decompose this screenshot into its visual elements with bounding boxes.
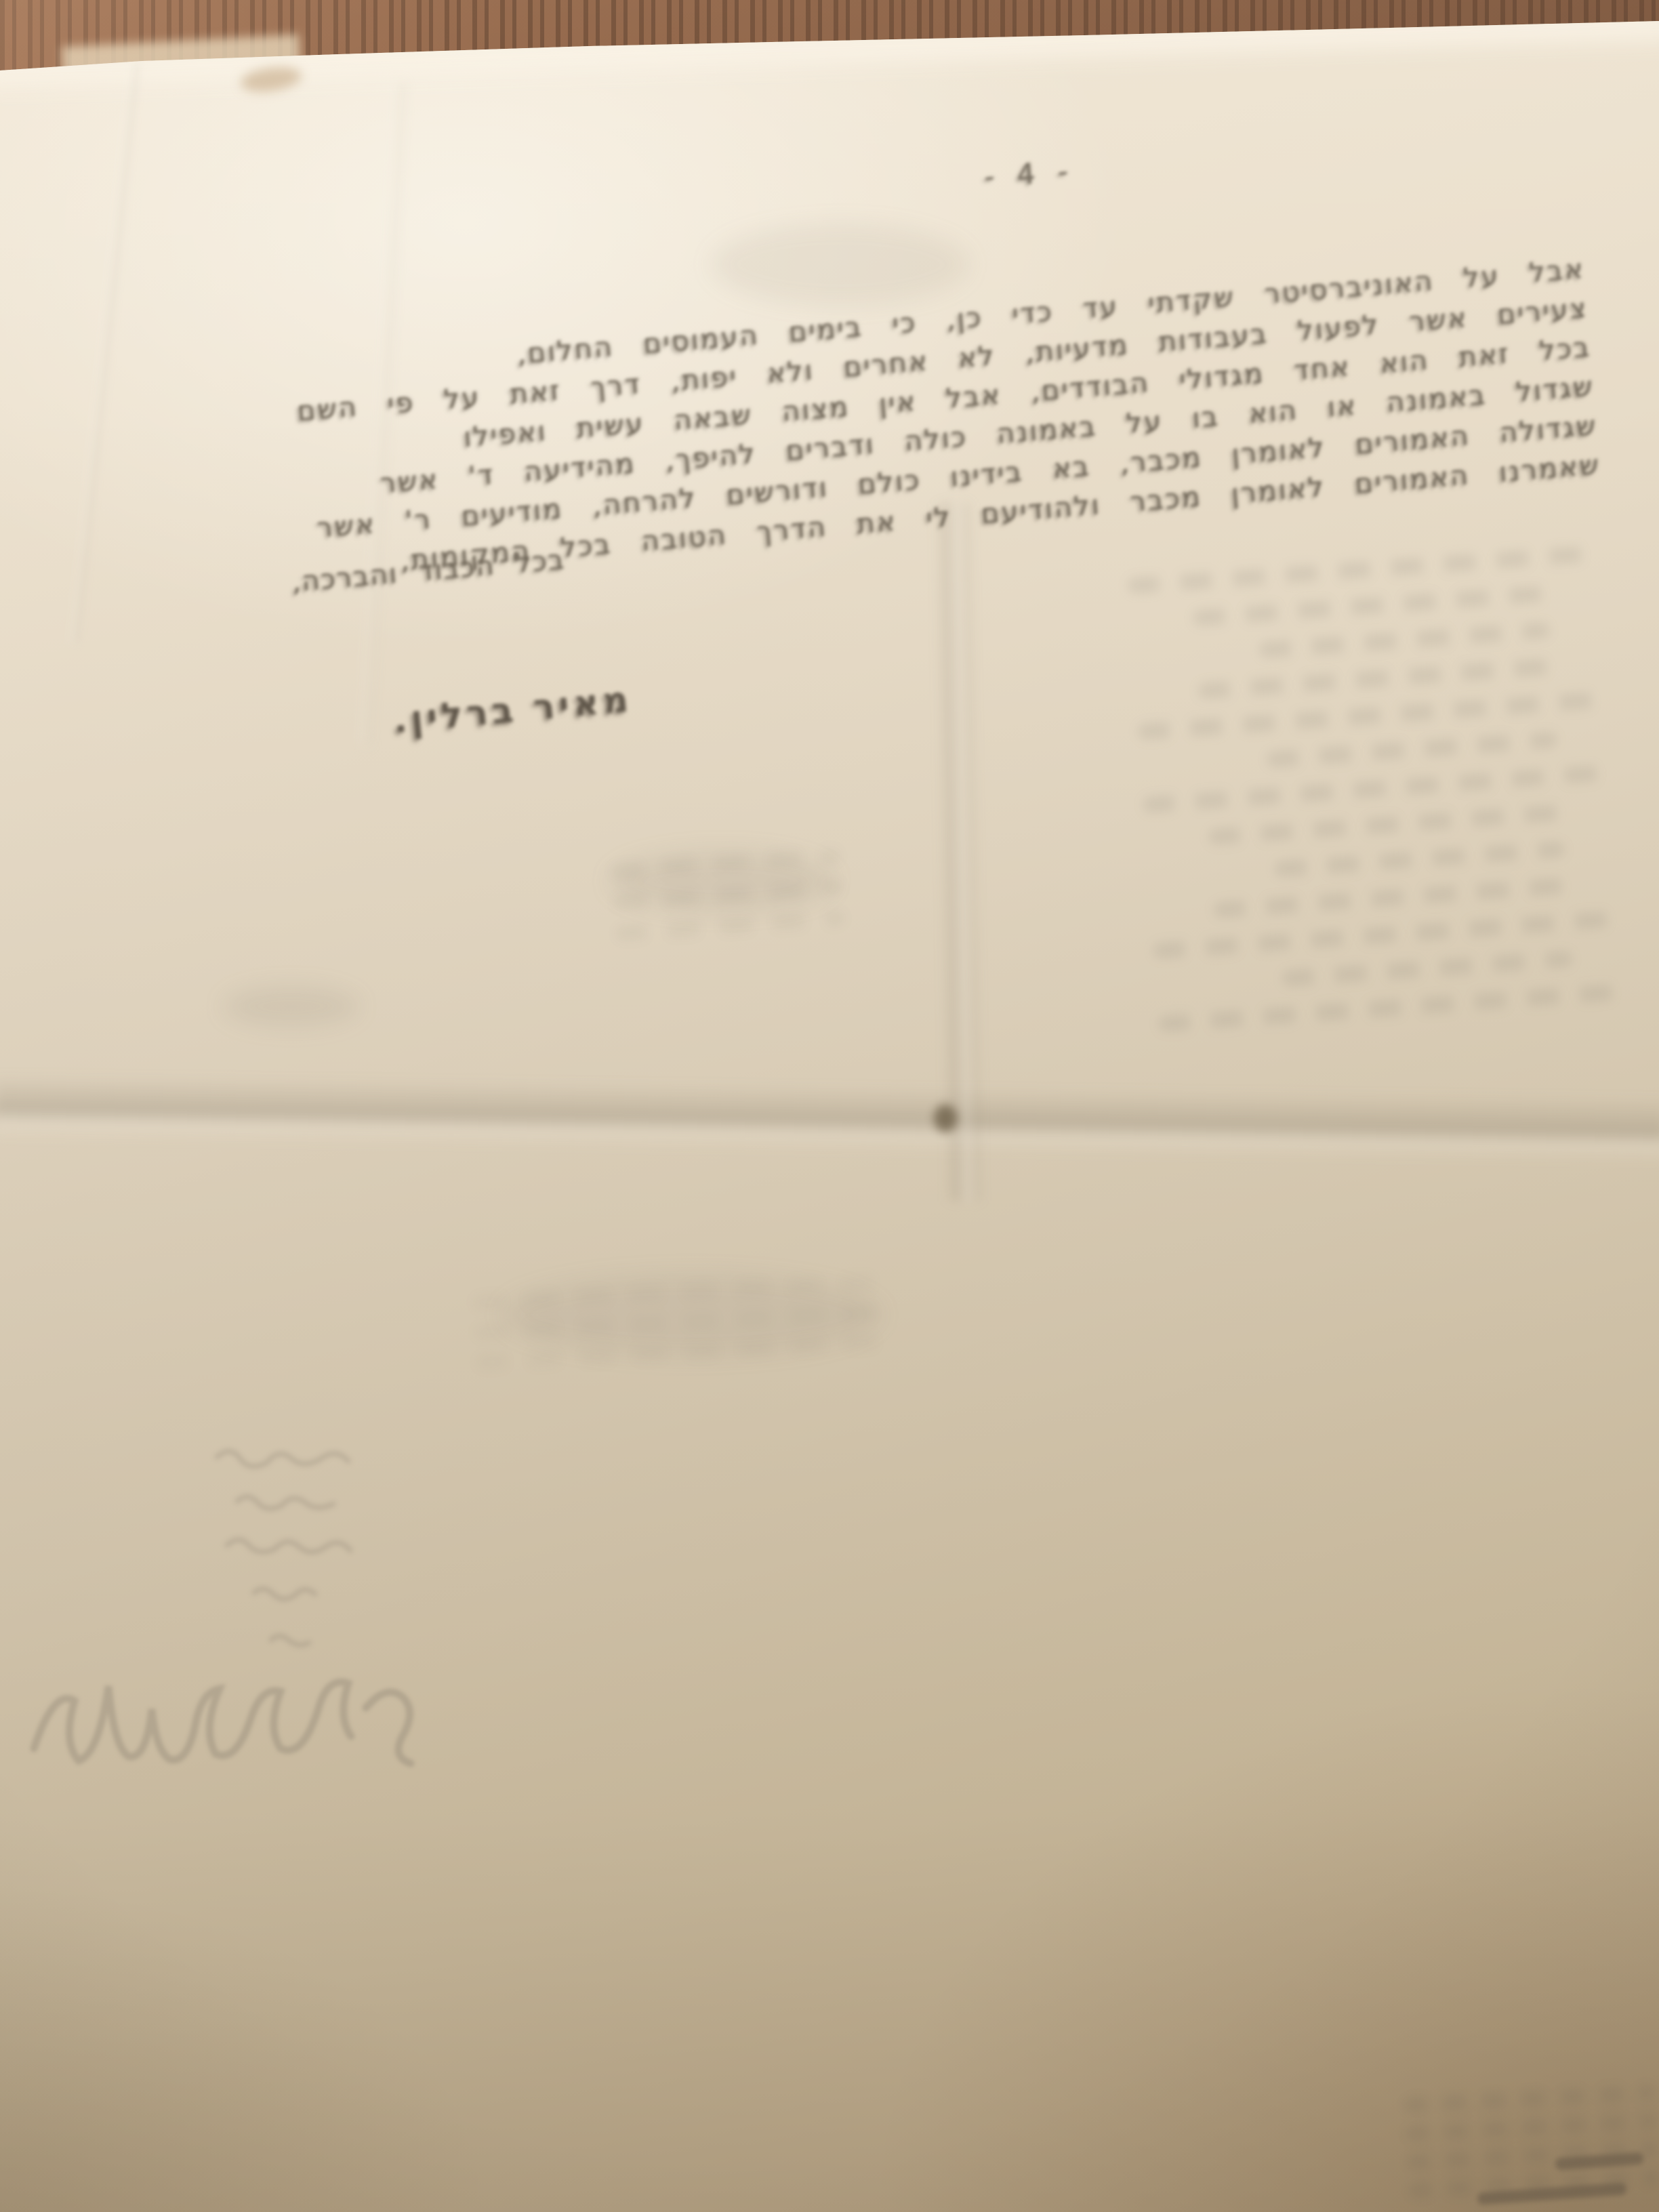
- bleedthrough-text-cluster: [611, 847, 847, 956]
- cursive-scribble: [14, 1647, 488, 1823]
- bleedthrough-row: [1258, 622, 1550, 659]
- paper-smudge: [224, 986, 359, 1027]
- bleedthrough-row: [1274, 841, 1565, 878]
- letter-page: - 4 - אבל על האוניברסיטר שקדתי עד כדי כן…: [0, 0, 1659, 2212]
- bleedthrough-row: [613, 878, 844, 911]
- bleedthrough-text-column: [1095, 544, 1656, 1055]
- bleedthrough-row: [474, 1303, 880, 1340]
- bleedthrough-row: [1198, 657, 1568, 699]
- bleedthrough-row: [1404, 2084, 1655, 2113]
- page-number: - 4 -: [983, 154, 1076, 193]
- bleedthrough-row: [615, 909, 846, 942]
- bleedthrough-row: [1267, 731, 1558, 768]
- pencil-squiggles: [190, 1437, 501, 1681]
- fold-intersection-spot: [934, 1105, 957, 1132]
- bleedthrough-row: [1213, 876, 1583, 918]
- document-photo: - 4 - אבל על האוניברסיטר שקדתי עד כדי כן…: [0, 0, 1659, 2212]
- bleedthrough-text-patch: [472, 1273, 883, 1384]
- bleedthrough-row: [1405, 2112, 1656, 2142]
- bleedthrough-row: [1158, 983, 1622, 1032]
- bleedthrough-row: [1193, 584, 1563, 626]
- bleedthrough-row: [1282, 950, 1573, 987]
- bleedthrough-row: [476, 1333, 882, 1370]
- signature-meir-berlin: מאיר ברלין.: [392, 679, 634, 741]
- paper-smudge: [712, 224, 969, 305]
- horizontal-fold-crease: [0, 1074, 1659, 1162]
- bleedthrough-row: [1208, 803, 1578, 845]
- pencil-scribble-signature: [14, 1647, 488, 1826]
